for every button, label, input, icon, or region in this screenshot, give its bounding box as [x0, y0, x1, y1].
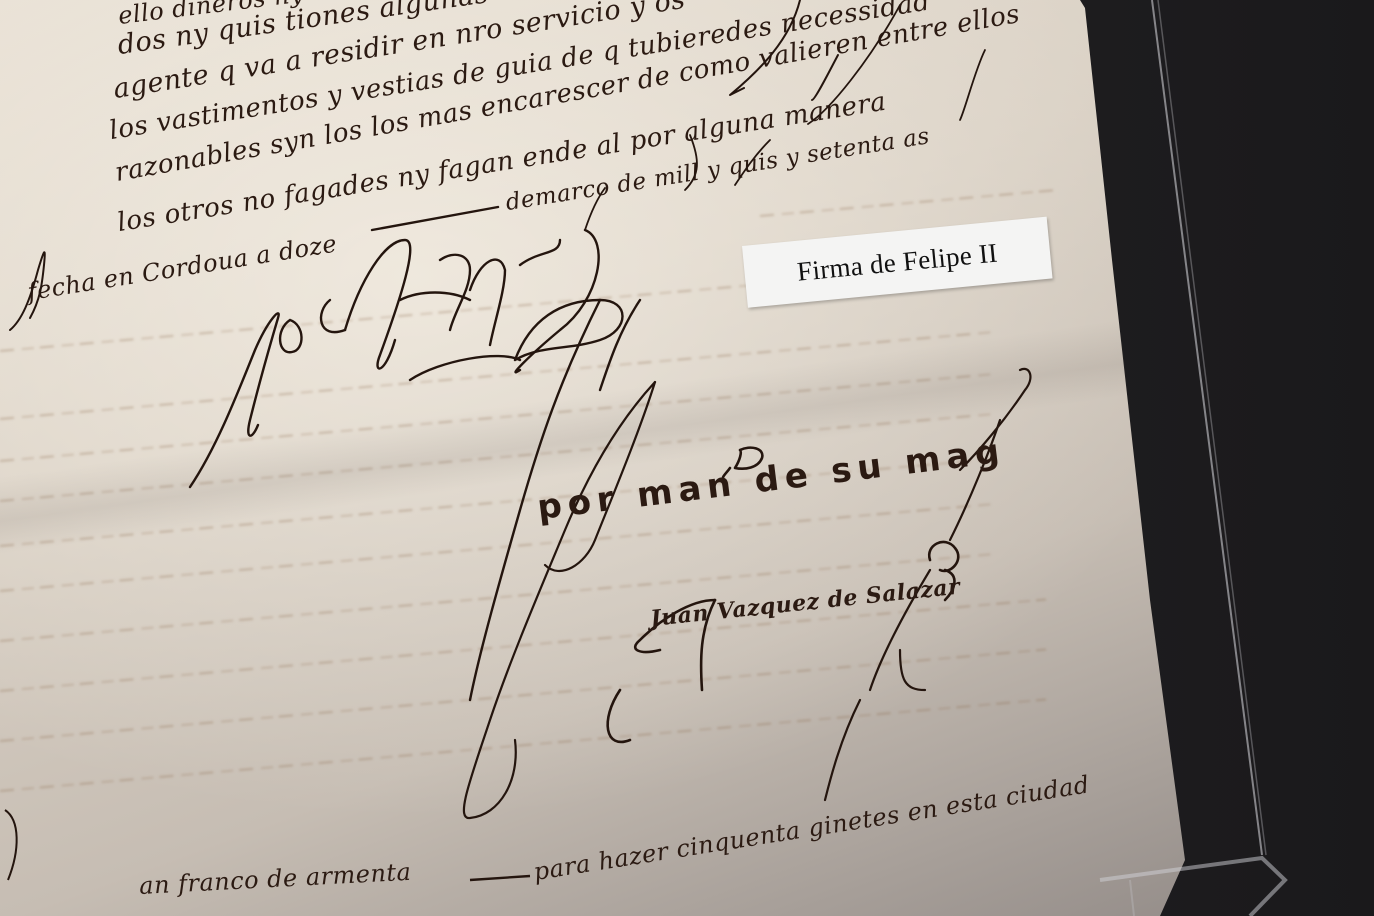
- caption-label-text: Firma de Felipe II: [796, 237, 999, 287]
- photo-scene: ello dineros ny dos ny quis tiones algun…: [0, 0, 1374, 916]
